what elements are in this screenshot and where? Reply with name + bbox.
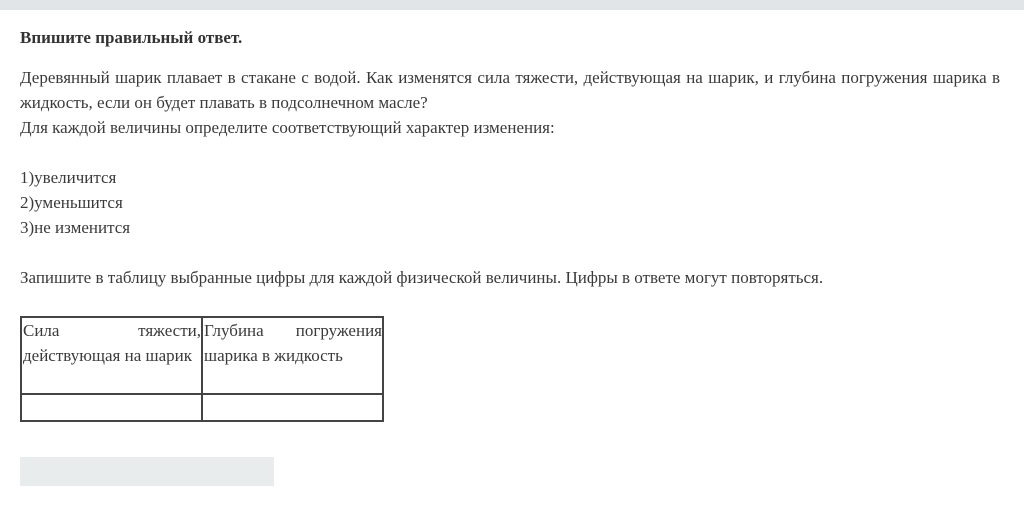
answer-immersion-depth-input[interactable] <box>204 395 382 420</box>
answer-status-bar <box>20 457 274 486</box>
answer-table: Сила тяжести, действующая на шарик Глуби… <box>20 316 384 422</box>
header-immersion-depth: Глубина погружения шарика в жидкость <box>202 317 383 394</box>
table-header-row: Сила тяжести, действующая на шарик Глуби… <box>21 317 383 394</box>
option-3: 3)не изменится <box>20 215 1000 240</box>
table-answer-row <box>21 394 383 421</box>
question-instruction: Для каждой величины определите соответст… <box>20 115 1000 140</box>
header-gravity-force: Сила тяжести, действующая на шарик <box>21 317 202 394</box>
option-2: 2)уменьшится <box>20 190 1000 215</box>
table-instruction: Запишите в таблицу выбранные цифры для к… <box>20 265 1000 290</box>
answer-gravity-force-input[interactable] <box>23 395 201 420</box>
option-1: 1)увеличится <box>20 165 1000 190</box>
task-content: Впишите правильный ответ. Деревянный шар… <box>20 26 1000 290</box>
top-bar <box>0 0 1024 10</box>
question-text: Деревянный шарик плавает в стакане с вод… <box>20 65 1000 115</box>
task-title: Впишите правильный ответ. <box>20 26 1000 50</box>
